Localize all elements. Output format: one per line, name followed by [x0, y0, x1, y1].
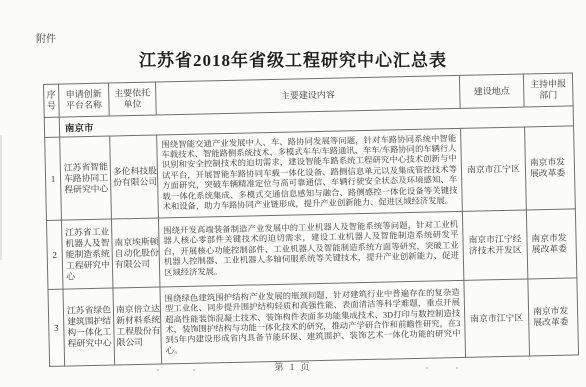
cell-location: 南京市江宁区	[461, 127, 527, 211]
cell-no: 2	[46, 220, 63, 289]
attachment-label: 附件	[36, 30, 56, 45]
cell-platform-name: 江苏省工业机器人及智能制造系统工程研究中心	[61, 219, 112, 289]
cell-construction-content: 围绕智能交通产业发展中人、车、路协同发展等问题，针对车路协同系统中智能车载技术、…	[157, 128, 463, 218]
col-header-platform: 申请创新平台名称	[59, 83, 110, 117]
cell-construction-content: 围绕开发高端装备制造产业发展中的工业机器人及智能系统等问题，针对工业机器人核心零…	[158, 211, 463, 287]
page-title: 江苏省2018年省级工程研究中心汇总表	[0, 46, 586, 71]
cell-platform-name: 江苏省智能车路协同工程研究中心	[60, 136, 112, 220]
col-header-location: 建设地点	[459, 74, 524, 108]
scan-speck	[426, 367, 428, 369]
cell-department: 南京市发展改革委	[528, 278, 579, 356]
scan-speck	[456, 367, 458, 369]
scan-paper-edge	[0, 135, 2, 260]
cell-location: 南京市江宁经济技术开发区	[462, 210, 527, 280]
section-empty-cell	[44, 117, 59, 137]
page-number: 第 1 页	[0, 360, 586, 373]
table-row: 3 江苏省绿色建筑围护结构一体化工程研究中心 南京倍立达新材料系统工程股份有限公…	[48, 278, 579, 367]
table-row: 2 江苏省工业机器人及智能制造系统工程研究中心 南京埃斯顿自动化股份有限公司 围…	[46, 209, 576, 290]
scan-speck	[193, 369, 195, 371]
col-header-no: 序号	[44, 84, 60, 117]
cell-platform-name: 江苏省绿色建筑围护结构一体化工程研究中心	[63, 288, 115, 366]
summary-table: 序号 申请创新平台名称 主要依托单位 主要建设内容 建设地点 主持申报部门 南京…	[43, 72, 578, 366]
cell-supporting-unit: 南京倍立达新材料系统工程股份有限公司	[113, 287, 162, 365]
scan-speck	[157, 369, 159, 371]
col-header-unit: 主要依托单位	[108, 82, 156, 116]
research-centers-table: 序号 申请创新平台名称 主要依托单位 主要建设内容 建设地点 主持申报部门 南京…	[43, 72, 579, 366]
table-row: 1 江苏省智能车路协同工程研究中心 多伦科技股份有限公司 围绕智能交通产业发展中…	[45, 126, 576, 221]
cell-department: 南京市发展改革委	[525, 126, 576, 210]
col-header-department: 主持申报部门	[523, 73, 573, 107]
cell-supporting-unit: 南京埃斯顿自动化股份有限公司	[111, 218, 159, 288]
cell-construction-content: 围绕绿色建筑围护结构产业发展的瓶颈问题，针对建筑行业中普遍存在的复杂造型工业化、…	[160, 280, 466, 364]
cell-supporting-unit: 多伦科技股份有限公司	[110, 135, 159, 219]
cell-location: 南京市江宁区	[464, 279, 530, 357]
cell-department: 南京市发展改革委	[526, 209, 576, 279]
cell-no: 3	[48, 289, 65, 366]
